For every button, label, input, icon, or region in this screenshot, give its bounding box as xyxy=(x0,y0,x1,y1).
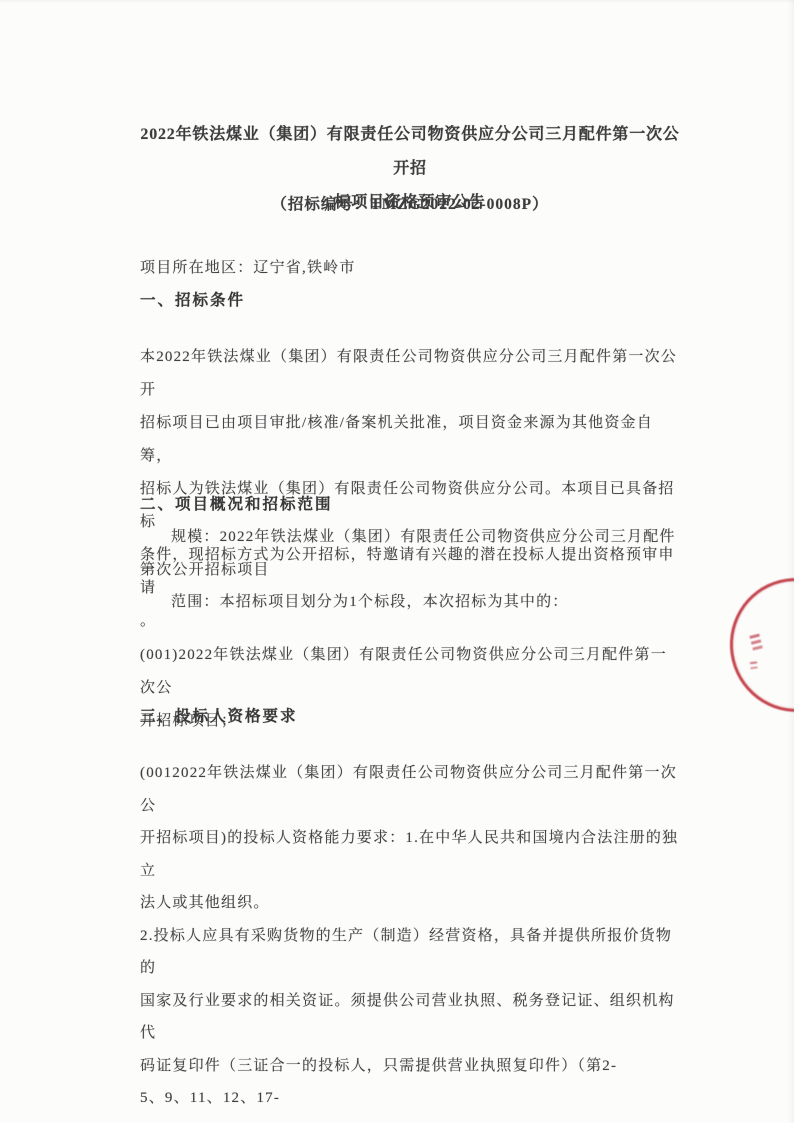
section-3-paragraph: (0012022年铁法煤业（集团）有限责任公司物资供应分公司三月配件第一次公开招… xyxy=(140,757,680,1115)
scanned-document-page: 2022年铁法煤业（集团）有限责任公司物资供应分公司三月配件第一次公开招标项目资… xyxy=(0,0,794,1123)
paragraph-line: 2.投标人应具有采购货物的生产（制造）经营资格，具备并提供所报价货物的 xyxy=(140,920,680,985)
project-scope-line: 范围：本招标项目划分为1个标段，本次招标为其中的： xyxy=(140,586,680,619)
section-heading-3-bidder-qualifications: 三、投标人资格要求 xyxy=(140,700,680,733)
paragraph-line: 开招标项目)的投标人资格能力要求：1.在中华人民共和国境内合法注册的独立 xyxy=(140,822,680,887)
paragraph-line: 法人或其他组织。 xyxy=(140,887,680,920)
seal-text-marks xyxy=(750,661,757,664)
seal-text-marks xyxy=(749,634,759,639)
paragraph-line: 5、9、11、12、17- xyxy=(140,1082,680,1115)
project-scale-line-2: 一次公开招标项目 xyxy=(140,554,680,587)
red-seal-stamp-icon xyxy=(716,564,794,726)
paragraph-line: (001)2022年铁法煤业（集团）有限责任公司物资供应分公司三月配件第一次公 xyxy=(140,639,680,705)
document-title-line: 2022年铁法煤业（集团）有限责任公司物资供应分公司三月配件第一次公开招 xyxy=(140,118,680,186)
paragraph-line: 国家及行业要求的相关资证。须提供公司营业执照、税务登记证、组织机构代 xyxy=(140,985,680,1050)
paragraph-line: 码证复印件（三证合一的投标人，只需提供营业执照复印件）（第2- xyxy=(140,1050,680,1083)
paragraph-line: 招标项目已由项目审批/核准/备案机关批准，项目资金来源为其他资金自筹， xyxy=(140,407,680,473)
section-heading-2-project-overview: 二、项目概况和招标范围 xyxy=(140,488,680,521)
paragraph-line: 本2022年铁法煤业（集团）有限责任公司物资供应分公司三月配件第一次公开 xyxy=(140,341,680,407)
project-location-line: 项目所在地区：辽宁省,铁岭市 xyxy=(140,252,680,285)
tender-number: （招标编号：TMZG2022-02-0008P） xyxy=(140,188,680,221)
paragraph-line: (0012022年铁法煤业（集团）有限责任公司物资供应分公司三月配件第一次公 xyxy=(140,757,680,822)
section-heading-1-bidding-conditions: 一、招标条件 xyxy=(140,284,680,317)
